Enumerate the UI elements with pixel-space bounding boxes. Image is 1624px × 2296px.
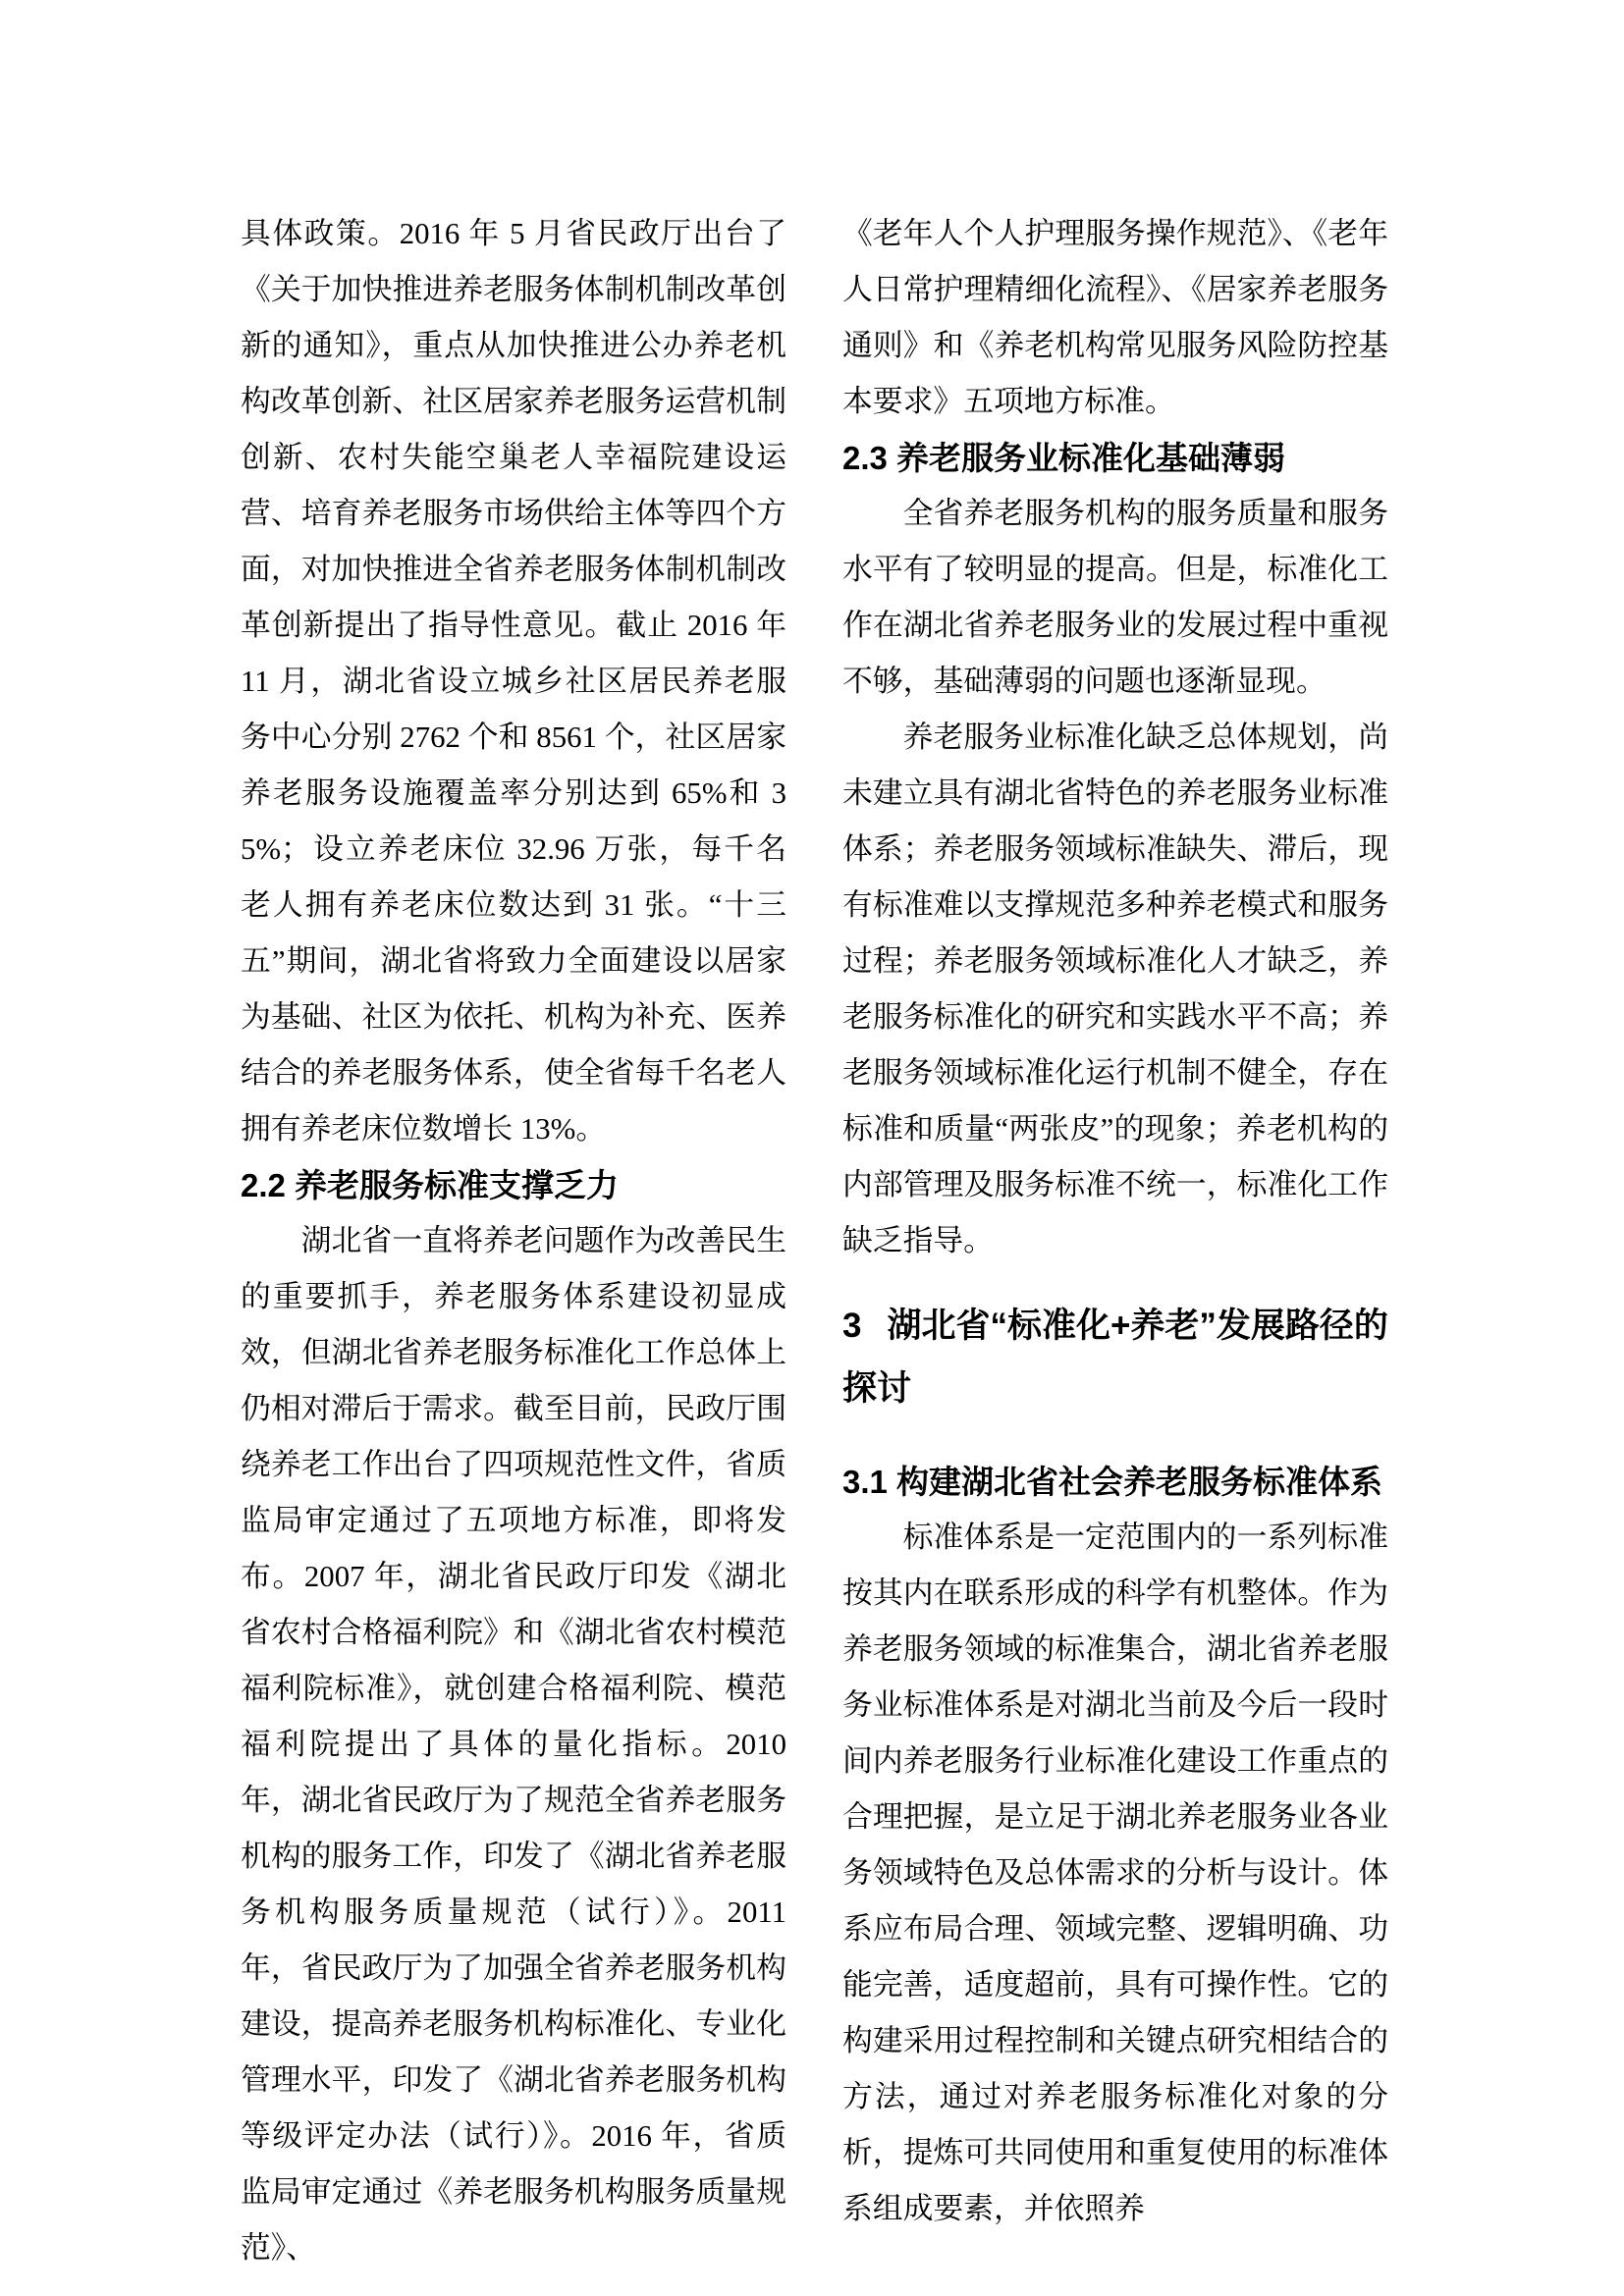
paragraph-policy-overview: 具体政策。2016 年 5 月省民政厅出台了《关于加快推进养老服务体制机制改革创… <box>241 206 786 1157</box>
paragraph-local-standards-list: 《老年人个人护理服务操作规范》、《老年人日常护理精细化流程》、《居家养老服务通则… <box>842 206 1388 430</box>
section-heading-3-1: 3.1 构建湖北省社会养老服务标准体系 <box>842 1454 1388 1510</box>
chapter-heading-3: 3湖北省“标准化+养老”发展路径的探讨 <box>842 1295 1388 1420</box>
chapter-title: 湖北省“标准化+养老”发展路径的探讨 <box>842 1307 1388 1408</box>
right-column: 《老年人个人护理服务操作规范》、《老年人日常护理精细化流程》、《居家养老服务通则… <box>842 206 1388 2276</box>
left-column: 具体政策。2016 年 5 月省民政厅出台了《关于加快推进养老服务体制机制改革创… <box>241 206 786 2276</box>
document-page: 具体政策。2016 年 5 月省民政厅出台了《关于加快推进养老服务体制机制改革创… <box>0 0 1624 2296</box>
paragraph-weak-foundation-1: 全省养老服务机构的服务质量和服务水平有了较明显的提高。但是，标准化工作在湖北省养… <box>842 486 1388 710</box>
paragraph-standards-support: 湖北省一直将养老问题作为改善民生的重要抓手，养老服务体系建设初显成效，但湖北省养… <box>241 1213 786 2276</box>
section-heading-2-3: 2.3 养老服务业标准化基础薄弱 <box>842 430 1388 486</box>
section-heading-2-2: 2.2 养老服务标准支撑乏力 <box>241 1157 786 1213</box>
chapter-number: 3 <box>842 1295 861 1358</box>
paragraph-standard-system: 标准体系是一定范围内的一系列标准按其内在联系形成的科学有机整体。作为养老服务领域… <box>842 1510 1388 2237</box>
two-column-layout: 具体政策。2016 年 5 月省民政厅出台了《关于加快推进养老服务体制机制改革创… <box>0 0 1624 2276</box>
paragraph-weak-foundation-2: 养老服务业标准化缺乏总体规划，尚未建立具有湖北省特色的养老服务业标准体系；养老服… <box>842 710 1388 1269</box>
